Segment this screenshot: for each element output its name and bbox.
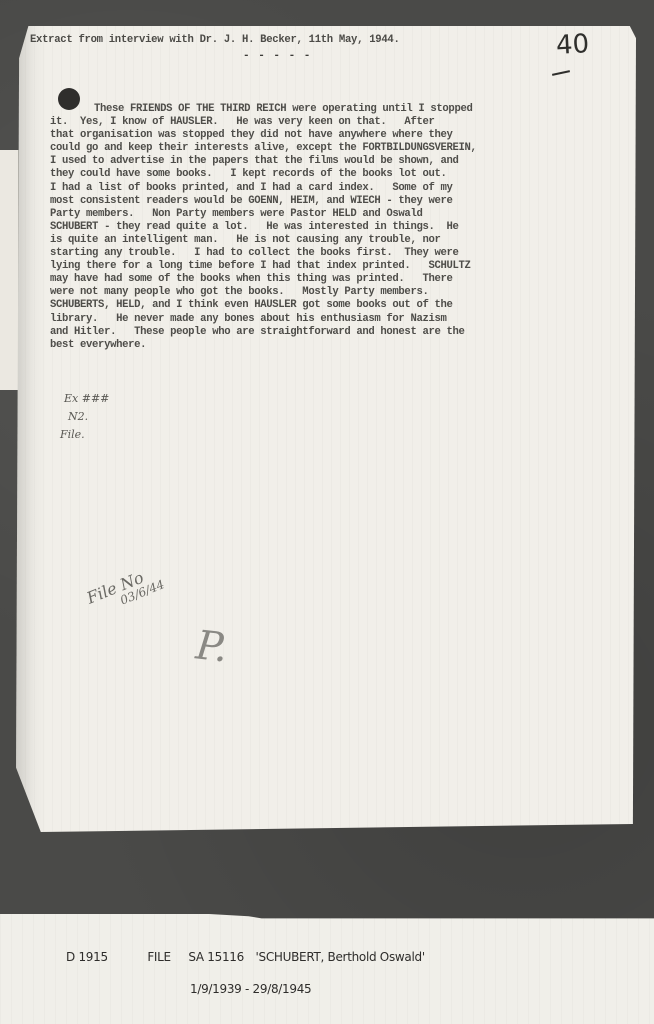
- document-header: Extract from interview with Dr. J. H. Be…: [30, 34, 400, 46]
- typed-line: that organisation was stopped they did n…: [50, 129, 636, 142]
- typed-line: were not many people who got the books. …: [50, 286, 636, 299]
- typed-line: and Hitler. These people who are straigh…: [50, 326, 636, 339]
- handwritten-note: File.: [60, 426, 109, 444]
- header-underline: - - - - -: [243, 50, 311, 62]
- typed-line: SCHUBERT - they read quite a lot. He was…: [50, 221, 636, 234]
- typed-line: best everywhere.: [50, 339, 636, 352]
- file-label: FILE: [147, 950, 171, 964]
- typed-line: it. Yes, I know of HAUSLER. He was very …: [50, 116, 636, 129]
- annotation-initials: P.: [194, 622, 230, 671]
- typed-line: I used to advertise in the papers that t…: [50, 155, 636, 168]
- typed-line: starting any trouble. I had to collect t…: [50, 247, 636, 260]
- typed-line: may have had some of the books when this…: [50, 273, 636, 286]
- handwritten-note: N2.: [68, 408, 109, 426]
- file-subject: 'SCHUBERT, Berthold Oswald': [256, 950, 425, 964]
- typed-line: These FRIENDS OF THE THIRD REICH were op…: [64, 103, 636, 116]
- file-reference: SA 15116: [188, 950, 244, 964]
- typed-line: most consistent readers would be GOENN, …: [50, 195, 636, 208]
- file-reference-card: [0, 914, 654, 1024]
- typed-line: library. He never made any bones about h…: [50, 313, 636, 326]
- page-number: 40: [555, 29, 590, 61]
- handwritten-distribution-notes: Ex ### N2. File.: [60, 390, 109, 444]
- typed-line: I had a list of books printed, and I had…: [50, 182, 636, 195]
- typed-line: they could have some books. I kept recor…: [50, 168, 636, 181]
- typed-line: could go and keep their interests alive,…: [50, 142, 636, 155]
- underlying-sheet-edge: [0, 150, 19, 390]
- typed-line: Party members. Non Party members were Pa…: [50, 208, 636, 221]
- file-date-range: 1/9/1939 - 29/8/1945: [190, 982, 311, 996]
- handwritten-note: Ex ###: [64, 390, 109, 408]
- typed-line: SCHUBERTS, HELD, and I think even HAUSLE…: [50, 299, 636, 312]
- typed-line: lying there for a long time before I had…: [50, 260, 636, 273]
- typed-line: is quite an intelligent man. He is not c…: [50, 234, 636, 247]
- file-card-line: D 1915 FILE SA 15116 'SCHUBERT, Berthold…: [66, 950, 429, 964]
- document-id: D 1915: [66, 950, 108, 964]
- interview-extract-body: These FRIENDS OF THE THIRD REICH were op…: [64, 103, 636, 352]
